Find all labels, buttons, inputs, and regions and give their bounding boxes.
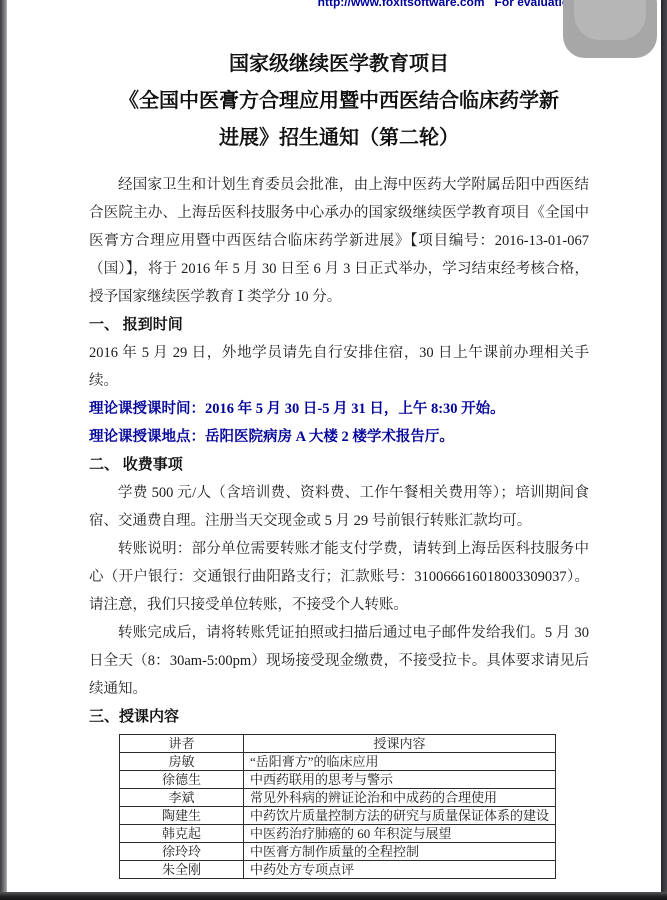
topic-cell: 中药处方专项点评	[243, 861, 555, 879]
overlay-thumb[interactable]	[563, 0, 657, 58]
table-row: 陶建生中药饮片质量控制方法的研究与质量保证体系的建设	[120, 807, 556, 825]
course-table-body: 房敏“岳阳膏方”的临床应用徐德生中西药联用的思考与警示李斌常见外科病的辨证论治和…	[120, 753, 556, 879]
topic-cell: 中医膏方制作质量的全程控制	[243, 843, 555, 861]
topic-column-header: 授课内容	[243, 735, 555, 753]
title-line-1: 国家级继续医学教育项目	[89, 46, 589, 83]
speaker-cell: 韩克起	[120, 825, 244, 843]
intro-paragraph: 经国家卫生和计划生育委员会批准，由上海中医药大学附属岳阳中西医结合医院主办、上海…	[89, 171, 589, 311]
bank-transfer-paragraph: 转账说明：部分单位需要转账才能支付学费，请转到上海岳医科技服务中心（开户银行：交…	[89, 535, 589, 619]
table-row: 韩克起中医药治疗肺癌的 60 年积淀与展望	[120, 825, 556, 843]
topic-cell: 中药饮片质量控制方法的研究与质量保证体系的建设	[243, 807, 555, 825]
document-title: 国家级继续医学教育项目 《全国中医膏方合理应用暨中西医结合临床药学新 进展》招生…	[89, 46, 589, 157]
title-line-3: 进展》招生通知（第二轮）	[89, 120, 589, 157]
lecture-time-line: 理论课授课时间：2016 年 5 月 30 日-5 月 31 日，上午 8:30…	[89, 395, 589, 423]
section-2-heading: 二、 收费事项	[89, 451, 589, 479]
speaker-cell: 朱全刚	[120, 861, 244, 879]
topic-cell: 常见外科病的辨证论治和中成药的合理使用	[243, 789, 555, 807]
title-line-2: 《全国中医膏方合理应用暨中西医结合临床药学新	[89, 83, 589, 120]
course-table: 讲者 授课内容 房敏“岳阳膏方”的临床应用徐德生中西药联用的思考与警示李斌常见外…	[119, 734, 556, 879]
speaker-cell: 房敏	[120, 753, 244, 771]
page-bottom-edge	[0, 892, 667, 900]
section-1-heading: 一、 报到时间	[89, 311, 589, 339]
table-row: 房敏“岳阳膏方”的临床应用	[120, 753, 556, 771]
topic-cell: “岳阳膏方”的临床应用	[243, 753, 555, 771]
speaker-cell: 李斌	[120, 789, 244, 807]
document-content: 国家级继续医学教育项目 《全国中医膏方合理应用暨中西医结合临床药学新 进展》招生…	[89, 46, 589, 879]
section-3-heading: 三、授课内容	[89, 703, 589, 731]
table-row: 徐德生中西药联用的思考与警示	[120, 771, 556, 789]
table-row: 朱全刚中药处方专项点评	[120, 861, 556, 879]
overlay-thumb-highlight	[574, 0, 646, 40]
document-page: http://www.foxitsoftware.com For evaluat…	[7, 0, 661, 893]
speaker-cell: 徐德生	[120, 771, 244, 789]
speaker-cell: 徐玲玲	[120, 843, 244, 861]
payment-notice-paragraph: 转账完成后，请将转账凭证拍照或扫描后通过电子邮件发给我们。5 月 30 日全天（…	[89, 619, 589, 703]
evaluation-watermark: http://www.foxitsoftware.com For evaluat…	[7, 0, 607, 9]
course-table-header-row: 讲者 授课内容	[120, 735, 556, 753]
registration-time-text: 2016 年 5 月 29 日，外地学员请先自行安排住宿，30 日上午课前办理相…	[89, 339, 589, 395]
page-left-edge	[0, 0, 7, 893]
tuition-fee-paragraph: 学费 500 元/人（含培训费、资料费、工作午餐相关费用等）；培训期间食宿、交通…	[89, 479, 589, 535]
table-row: 徐玲玲中医膏方制作质量的全程控制	[120, 843, 556, 861]
viewer-frame: http://www.foxitsoftware.com For evaluat…	[0, 0, 667, 900]
table-row: 李斌常见外科病的辨证论治和中成药的合理使用	[120, 789, 556, 807]
lecture-location-line: 理论课授课地点：岳阳医院病房 A 大楼 2 楼学术报告厅。	[89, 423, 589, 451]
topic-cell: 中西药联用的思考与警示	[243, 771, 555, 789]
speaker-column-header: 讲者	[120, 735, 244, 753]
page-right-edge	[661, 0, 667, 893]
speaker-cell: 陶建生	[120, 807, 244, 825]
topic-cell: 中医药治疗肺癌的 60 年积淀与展望	[243, 825, 555, 843]
